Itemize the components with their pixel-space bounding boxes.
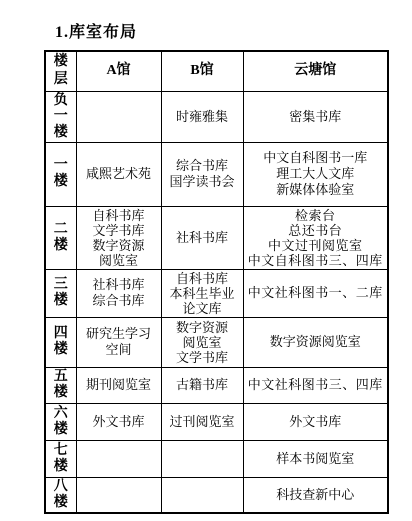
building-a-cell: 期刊阅览室 — [76, 367, 161, 403]
building-a-cell: 咸熙艺术苑 — [76, 142, 161, 206]
building-b-cell: 综合书库 国学读书会 — [161, 142, 243, 206]
column-header-yuntang: 云塘馆 — [243, 51, 388, 91]
column-header-floor: 楼 层 — [45, 51, 76, 91]
floor-label: 六 楼 — [45, 403, 76, 440]
building-a-cell: 研究生学习 空间 — [76, 317, 161, 367]
floor-label: 二 楼 — [45, 206, 76, 269]
floor-label: 八 楼 — [45, 477, 76, 513]
table-row-floor-5: 五 楼 期刊阅览室 古籍书库 中文社科图书三、四库 — [45, 367, 388, 403]
building-b-cell: 社科书库 — [161, 206, 243, 269]
table-row-floor-7: 七 楼 样本书阅览室 — [45, 440, 388, 477]
building-a-cell — [76, 91, 161, 142]
page: 1.库室布局 楼 层 A馆 B馆 云塘馆 负 一 楼 时雍雅集 密集书库 一 楼… — [0, 0, 412, 521]
building-a-cell: 社科书库 综合书库 — [76, 269, 161, 317]
building-b-cell: 自科书库 本科生毕业 论文库 — [161, 269, 243, 317]
building-b-cell: 古籍书库 — [161, 367, 243, 403]
floor-label: 一 楼 — [45, 142, 76, 206]
table-row-floor-3: 三 楼 社科书库 综合书库 自科书库 本科生毕业 论文库 中文社科图书一、二库 — [45, 269, 388, 317]
yuntang-cell: 中文自科图书一库 理工大人文库 新媒体体验室 — [243, 142, 388, 206]
column-header-building-a: A馆 — [76, 51, 161, 91]
page-title: 1.库室布局 — [55, 19, 137, 42]
yuntang-cell: 密集书库 — [243, 91, 388, 142]
building-a-cell: 外文书库 — [76, 403, 161, 440]
table-row-floor-4: 四 楼 研究生学习 空间 数字资源 阅览室 文学书库 数字资源阅览室 — [45, 317, 388, 367]
header-row: 楼 层 A馆 B馆 云塘馆 — [45, 51, 388, 91]
floor-label: 负 一 楼 — [45, 91, 76, 142]
building-b-cell: 时雍雅集 — [161, 91, 243, 142]
yuntang-cell: 中文社科图书三、四库 — [243, 367, 388, 403]
table-row-floor-2: 二 楼 自科书库 文学书库 数字资源 阅览室 社科书库 检索台 总还书台 中文过… — [45, 206, 388, 269]
floor-label: 三 楼 — [45, 269, 76, 317]
building-b-cell — [161, 477, 243, 513]
table-row-basement-1: 负 一 楼 时雍雅集 密集书库 — [45, 91, 388, 142]
library-layout-table: 楼 层 A馆 B馆 云塘馆 负 一 楼 时雍雅集 密集书库 一 楼 咸熙艺术苑 … — [44, 50, 389, 514]
table-row-floor-8: 八 楼 科技查新中心 — [45, 477, 388, 513]
floor-label: 五 楼 — [45, 367, 76, 403]
column-header-building-b: B馆 — [161, 51, 243, 91]
building-a-cell: 自科书库 文学书库 数字资源 阅览室 — [76, 206, 161, 269]
building-b-cell — [161, 440, 243, 477]
building-a-cell — [76, 477, 161, 513]
table-row-floor-1: 一 楼 咸熙艺术苑 综合书库 国学读书会 中文自科图书一库 理工大人文库 新媒体… — [45, 142, 388, 206]
floor-label: 四 楼 — [45, 317, 76, 367]
yuntang-cell: 样本书阅览室 — [243, 440, 388, 477]
building-a-cell — [76, 440, 161, 477]
building-b-cell: 数字资源 阅览室 文学书库 — [161, 317, 243, 367]
yuntang-cell: 科技查新中心 — [243, 477, 388, 513]
floor-label: 七 楼 — [45, 440, 76, 477]
yuntang-cell: 检索台 总还书台 中文过刊阅览室 中文自科图书三、四库 — [243, 206, 388, 269]
table-row-floor-6: 六 楼 外文书库 过刊阅览室 外文书库 — [45, 403, 388, 440]
yuntang-cell: 中文社科图书一、二库 — [243, 269, 388, 317]
yuntang-cell: 数字资源阅览室 — [243, 317, 388, 367]
building-b-cell: 过刊阅览室 — [161, 403, 243, 440]
yuntang-cell: 外文书库 — [243, 403, 388, 440]
